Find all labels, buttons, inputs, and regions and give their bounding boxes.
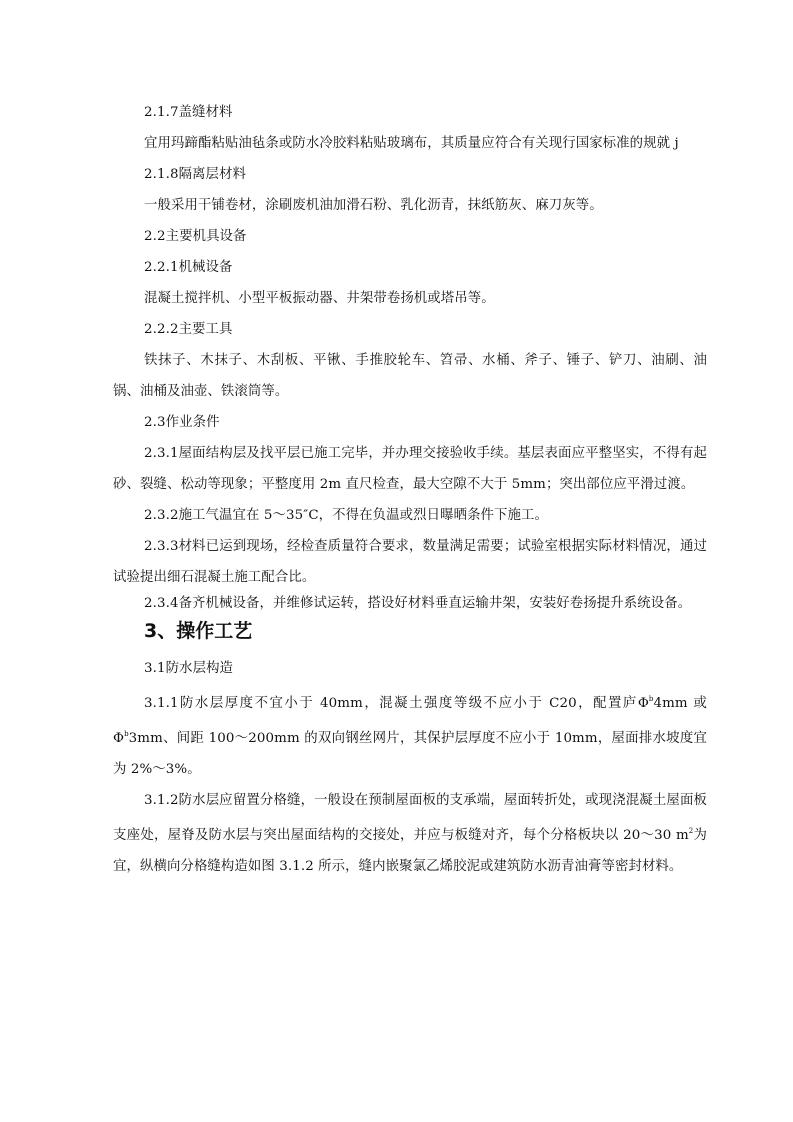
paragraph-machinery: 混凝土搅拌机、小型平板振动器、井架带卷扬机或塔吊等。 xyxy=(113,283,707,314)
paragraph-2-3-3: 2.3.3材料已运到现场，经检查质量符合要求，数量满足需要；试验室根据实际材料情… xyxy=(113,531,707,593)
paragraph-tools: 铁抹子、木抹子、木刮板、平锹、手推胶轮车、笤帚、水桶、斧子、锤子、铲刀、油刷、油… xyxy=(113,345,707,407)
section-title-3: 3、操作工艺 xyxy=(113,617,707,645)
paragraph-isolation-layer: 一般采用干铺卷材，涂刷废机油加滑石粉、乳化沥青，抹纸筋灰、麻刀灰等。 xyxy=(113,190,707,221)
paragraph-3-1-2: 3.1.2防水层应留置分格缝，一般设在预制屋面板的支承端，屋面转折处，或现浇混凝… xyxy=(113,785,707,882)
heading-2-1-7: 2.1.7盖缝材料 xyxy=(113,97,707,128)
paragraph-2-3-2: 2.3.2施工气温宜在 5～35″C，不得在负温或烈日曝晒条件下施工。 xyxy=(113,500,707,531)
paragraph-2-3-1: 2.3.1屋面结构层及找平层已施工完毕，并办理交接验收手续。基层表面应平整坚实，… xyxy=(113,438,707,500)
heading-2-2-1: 2.2.1机械设备 xyxy=(113,252,707,283)
text-part: 3mm、间距 100～200mm 的双向钢丝网片，其保护层厚度不应小于 10mm… xyxy=(113,731,707,777)
paragraph-3-1-1: 3.1.1防水层厚度不宜小于 40mm，混凝土强度等级不应小于 C20，配置庐Φ… xyxy=(113,684,707,785)
heading-2-2-2: 2.2.2主要工具 xyxy=(113,314,707,345)
heading-2-1-8: 2.1.8隔离层材料 xyxy=(113,159,707,190)
heading-2-3: 2.3作业条件 xyxy=(113,407,707,438)
heading-3-1: 3.1防水层构造 xyxy=(113,653,707,684)
paragraph-2-3-4: 2.3.4备齐机械设备，并维修试运转，搭设好材料垂直运输井架，安装好卷扬提升系统… xyxy=(113,593,707,615)
text-part: 3.1.1防水层厚度不宜小于 40mm，混凝土强度等级不应小于 C20，配置庐Φ xyxy=(144,696,649,711)
heading-2-2: 2.2主要机具设备 xyxy=(113,221,707,252)
text-part: 3.1.2防水层应留置分格缝，一般设在预制屋面板的支承端，屋面转折处，或现浇混凝… xyxy=(113,793,707,843)
paragraph-cover-joint-material: 宜用玛蹄酯粘贴油毡条或防水冷胶料粘贴玻璃布，其质量应符合有关现行国家标准的规就 … xyxy=(113,128,707,159)
document-page: 2.1.7盖缝材料 宜用玛蹄酯粘贴油毡条或防水冷胶料粘贴玻璃布，其质量应符合有关… xyxy=(113,97,707,882)
